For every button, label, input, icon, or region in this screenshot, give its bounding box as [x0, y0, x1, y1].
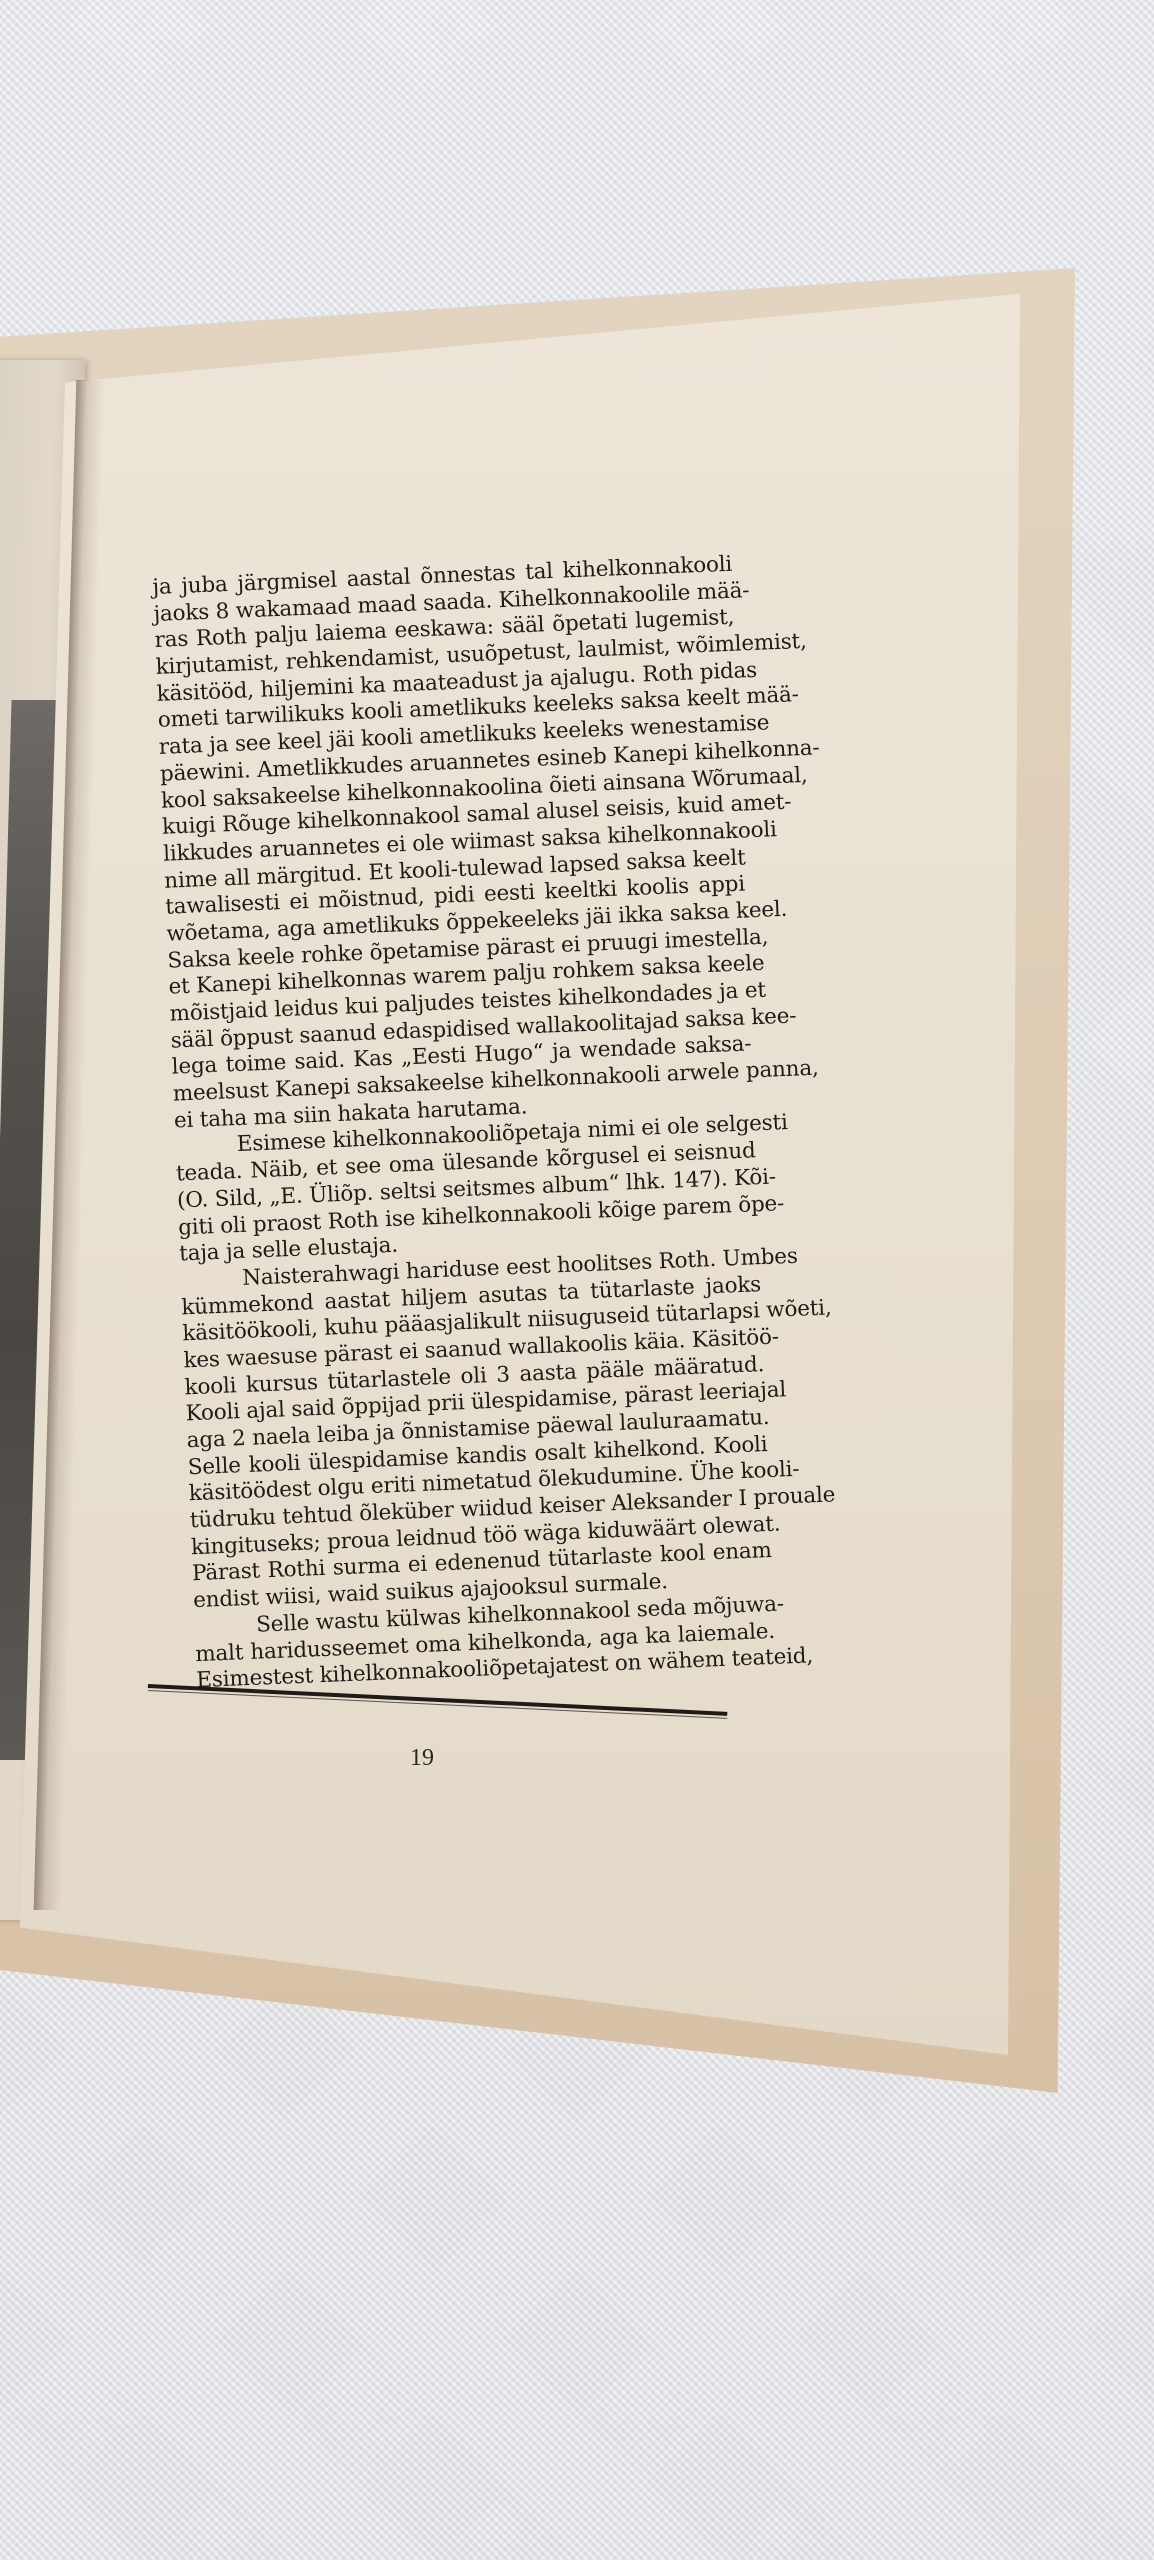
paragraph: Naisterahwagi hariduse eest hoolitses Ro… — [180, 1245, 773, 1615]
page-body-text: ja juba järgmisel aastal õnnestas tal ki… — [152, 552, 777, 1695]
paragraph: Esimese kihelkonnakooliõpetaja nimi ei o… — [174, 1112, 759, 1269]
page-number: 19 — [410, 1745, 434, 1772]
paragraph: ja juba järgmisel aastal õnnestas tal ki… — [152, 552, 754, 1135]
